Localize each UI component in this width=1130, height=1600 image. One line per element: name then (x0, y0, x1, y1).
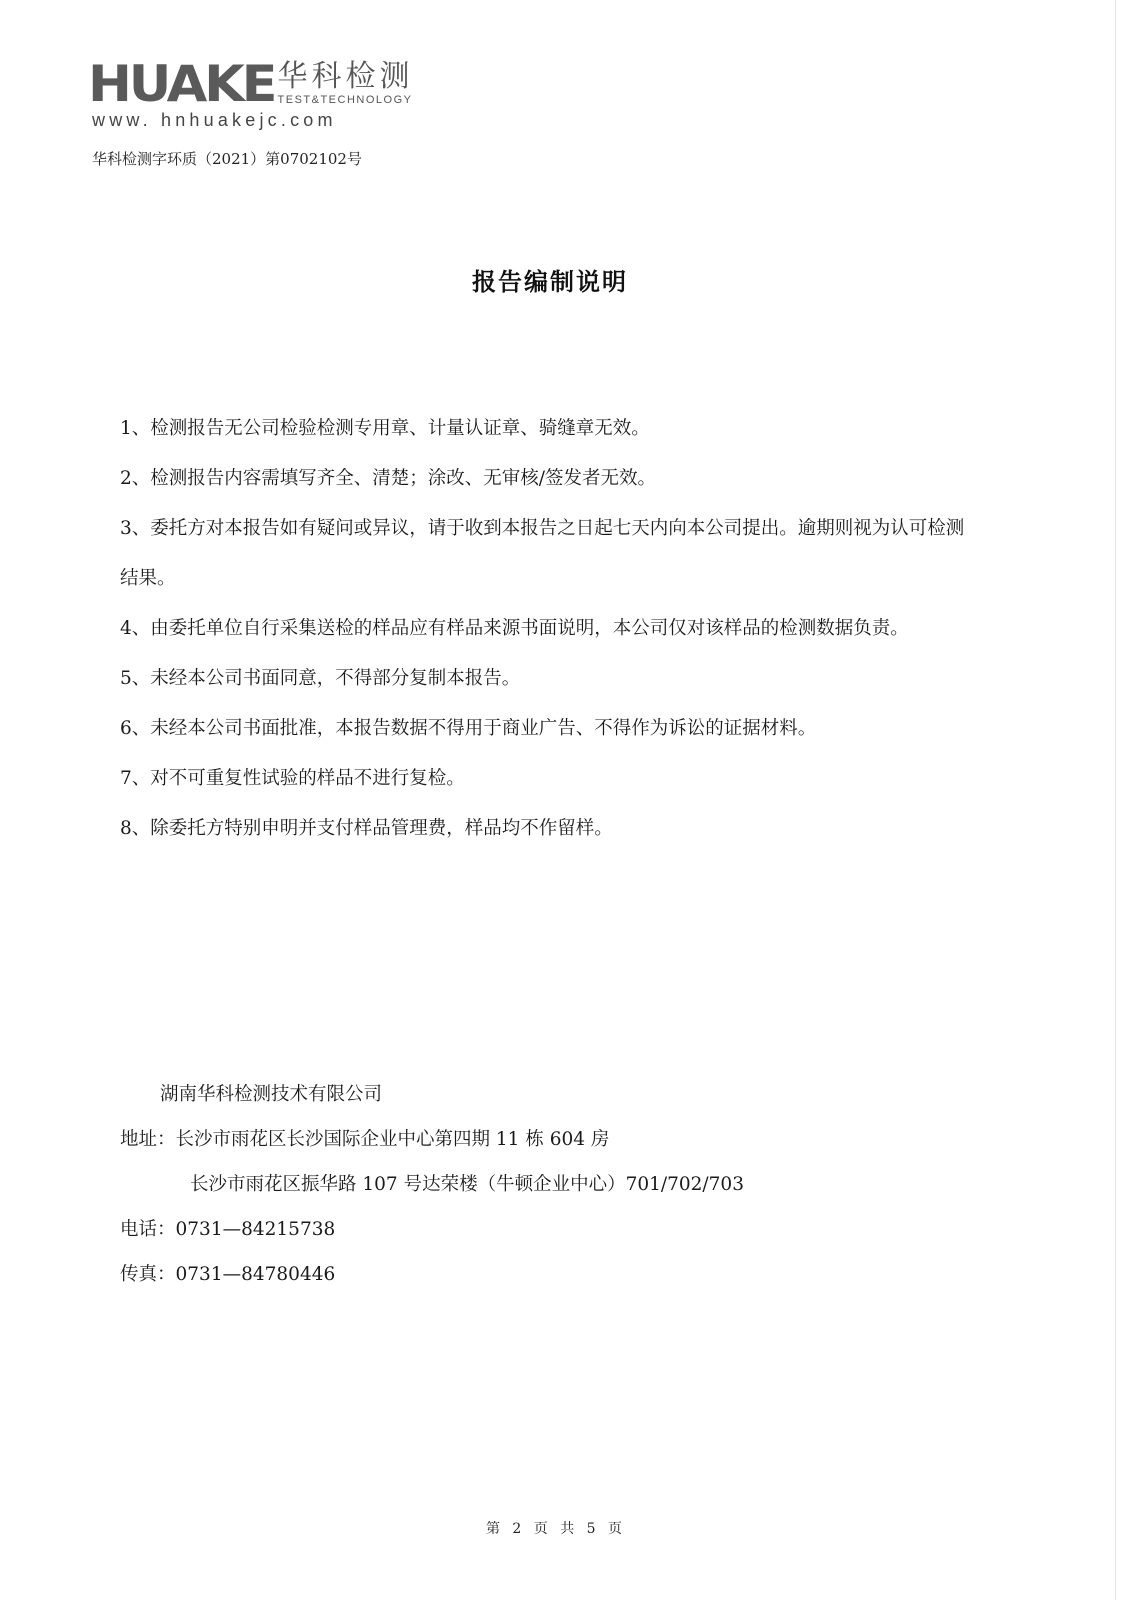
address-value-1: 长沙市雨花区长沙国际企业中心第四期 11 栋 604 房 (176, 1129, 610, 1150)
note-item: 6、未经本公司书面批准，本报告数据不得用于商业广告、不得作为诉讼的证据材料。 (120, 704, 980, 754)
logo-chinese-name: 华科检测 (278, 62, 414, 92)
phone-line: 电话：0731—84215738 (120, 1207, 744, 1252)
company-name: 湖南华科检测技术有限公司 (120, 1072, 744, 1117)
note-item: 1、检测报告无公司检验检测专用章、计量认证章、骑缝章无效。 (120, 404, 980, 454)
notes-list: 1、检测报告无公司检验检测专用章、计量认证章、骑缝章无效。 2、检测报告内容需填… (120, 404, 980, 854)
address-value-2: 长沙市雨花区振华路 107 号达荣楼（牛顿企业中心）701/702/703 (120, 1162, 744, 1207)
page-title: 报告编制说明 (0, 262, 1100, 297)
fax-label: 传真： (120, 1264, 176, 1285)
phone-value: 0731—84215738 (176, 1219, 336, 1240)
logo-website: www. hnhuakejc.com (92, 110, 414, 131)
fax-value: 0731—84780446 (176, 1264, 336, 1285)
address-line-1: 地址：长沙市雨花区长沙国际企业中心第四期 11 栋 604 房 (120, 1117, 744, 1162)
logo-mark: HUAKE (88, 62, 274, 106)
note-item: 8、除委托方特别申明并支付样品管理费，样品均不作留样。 (120, 804, 980, 854)
page-edge (1115, 0, 1116, 1600)
company-logo: HUAKE 华科检测 TEST&TECHNOLOGY www. hnhuakej… (88, 62, 414, 131)
note-item: 4、由委托单位自行采集送检的样品应有样品来源书面说明，本公司仅对该样品的检测数据… (120, 604, 980, 654)
phone-label: 电话： (120, 1219, 176, 1240)
note-item: 3、委托方对本报告如有疑问或异议，请于收到本报告之日起七天内向本公司提出。逾期则… (120, 504, 980, 604)
note-item: 5、未经本公司书面同意，不得部分复制本报告。 (120, 654, 980, 704)
page-number: 第 2 页 共 5 页 (0, 1518, 1110, 1538)
note-item: 2、检测报告内容需填写齐全、清楚；涂改、无审核/签发者无效。 (120, 454, 980, 504)
fax-line: 传真：0731—84780446 (120, 1252, 744, 1297)
company-info: 湖南华科检测技术有限公司 地址：长沙市雨花区长沙国际企业中心第四期 11 栋 6… (120, 1072, 744, 1297)
document-number: 华科检测字环质（2021）第0702102号 (92, 148, 362, 169)
note-item: 7、对不可重复性试验的样品不进行复检。 (120, 754, 980, 804)
address-label: 地址： (120, 1129, 176, 1150)
logo-english-tagline: TEST&TECHNOLOGY (278, 94, 414, 106)
